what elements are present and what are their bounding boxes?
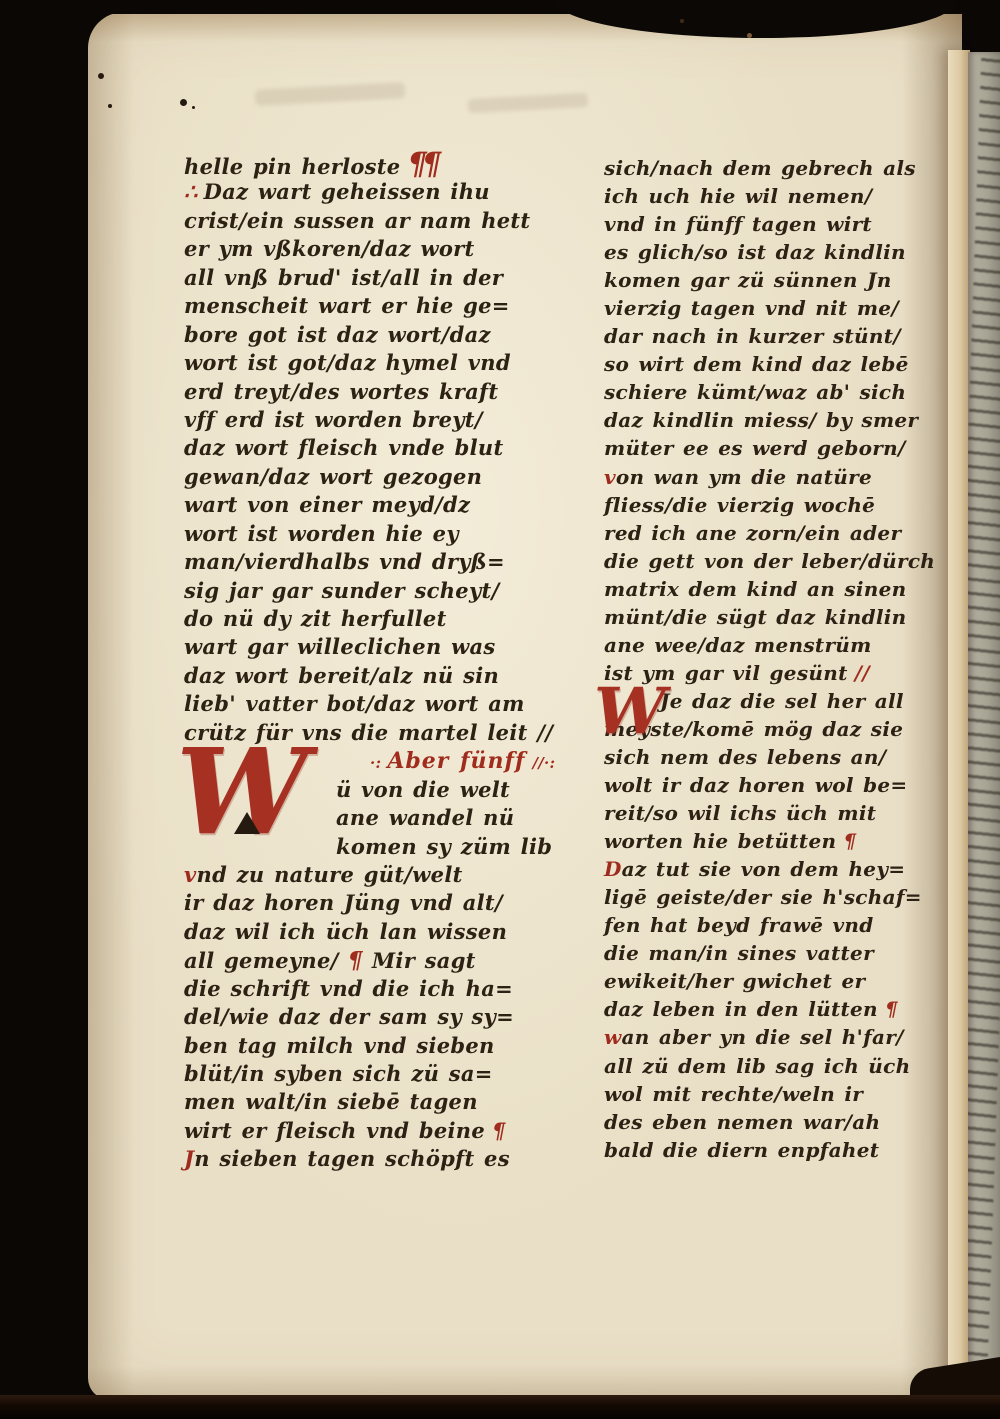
facing-page-text-blur <box>968 52 1000 1397</box>
manuscript-line: sig jar gar sunder scheyt/ <box>184 577 584 605</box>
line-text: ich uch hie wil nemen/ <box>604 184 872 208</box>
manuscript-line: ich uch hie wil nemen/ <box>604 182 956 210</box>
line-text: ewikeit/her gwichet er <box>604 969 865 993</box>
pilcrow-mark: //·: <box>532 754 555 772</box>
decorated-initial-w-right: W <box>594 682 666 742</box>
line-text: die schrift vnd die ich ha= <box>184 976 513 1001</box>
line-text: ligē geiste/der sie h'schaf= <box>604 885 922 909</box>
line-text: Daz wart geheissen ihu <box>204 179 490 204</box>
line-text: erd treyt/des wortes kraft <box>184 379 498 404</box>
line-text: all vnß brud' ist/all in der <box>184 265 503 290</box>
line-text: Je daz die sel her all <box>660 689 904 713</box>
line-text: ane wee/daz menstrüm <box>604 633 872 657</box>
line-text: komen gar zü sünnen Jn <box>604 268 892 292</box>
line-text: daz leben in den lütten <box>604 997 878 1021</box>
manuscript-line: matrix dem kind an sinen <box>604 575 956 603</box>
manuscript-line: die schrift vnd die ich ha= <box>184 975 584 1003</box>
manuscript-line: vierzig tagen vnd nit me/ <box>604 294 956 322</box>
line-text: wort ist got/daz hymel vnd <box>184 350 511 375</box>
manuscript-line: sich/nach dem gebrech als <box>604 154 956 182</box>
manuscript-line: all vnß brud' ist/all in der <box>184 264 584 292</box>
right-text-column: W sich/nach dem gebrech als ich uch hie … <box>604 154 956 1164</box>
line-text: wol mit rechte/weln ir <box>604 1082 863 1106</box>
line-text: Daz tut sie von dem hey= <box>604 857 905 881</box>
line-text: bald die diern enpfahet <box>604 1138 879 1162</box>
line-text: vierzig tagen vnd nit me/ <box>604 296 899 320</box>
line-text: Jn sieben tagen schöpft es <box>184 1146 510 1171</box>
line-text: des eben nemen war/ah <box>604 1110 880 1134</box>
line-text: daz kindlin miess/ by smer <box>604 408 918 432</box>
rubric-mark: ·: <box>370 754 381 772</box>
line-text: del/wie daz der sam sy sy= <box>184 1004 514 1029</box>
ink-spot <box>680 19 684 23</box>
line-text: er ym vßkoren/daz wort <box>184 236 475 261</box>
line-text: daz wil ich üch lan wissen <box>184 919 507 944</box>
book-fore-edge <box>0 12 98 1419</box>
manuscript-line: do nü dy zit herfullet <box>184 605 584 633</box>
manuscript-line: wart von einer meyd/dz <box>184 491 584 519</box>
manuscript-line: daz wil ich üch lan wissen <box>184 918 584 946</box>
manuscript-line: reit/so wil ichs üch mit <box>604 799 956 827</box>
manuscript-line: komen gar zü sünnen Jn <box>604 266 956 294</box>
manuscript-line: ∴Daz wart geheissen ihu <box>184 178 584 206</box>
manuscript-line: ewikeit/her gwichet er <box>604 967 956 995</box>
manuscript-line: worten hie betütten¶ <box>604 827 956 855</box>
manuscript-line: man/vierdhalbs vnd dryß= <box>184 548 584 576</box>
line-text: lieb' vatter bot/daz wort am <box>184 691 525 716</box>
manuscript-line: wol mit rechte/weln ir <box>604 1080 956 1108</box>
line-text: all gemeyne/ <box>184 948 339 973</box>
manuscript-line: Jn sieben tagen schöpft es <box>184 1145 584 1173</box>
line-text: vnd zu nature güt/welt <box>184 862 463 887</box>
manuscript-line: daz wort fleisch vnde blut <box>184 434 584 462</box>
line-text: matrix dem kind an sinen <box>604 577 907 601</box>
pilcrow-mark: ¶¶ <box>407 146 436 182</box>
pilcrow-mark: ¶ <box>843 829 856 853</box>
line-text: vnd in fünff tagen wirt <box>604 212 872 236</box>
line-text: fen hat beyd frawē vnd <box>604 913 874 937</box>
manuscript-line: wort ist got/daz hymel vnd <box>184 349 584 377</box>
line-text: wart von einer meyd/dz <box>184 492 470 517</box>
manuscript-line: all zü dem lib sag ich üch <box>604 1052 956 1080</box>
manuscript-line: wort ist worden hie ey <box>184 520 584 548</box>
line-text: red ich ane zorn/ein ader <box>604 521 901 545</box>
line-text: die man/in sines vatter <box>604 941 874 965</box>
initial-letter: W <box>176 722 309 861</box>
line-text: bore got ist daz wort/daz <box>184 322 491 347</box>
manuscript-line: so wirt dem kind daz lebē <box>604 350 956 378</box>
line-text: menscheit wart er hie ge= <box>184 293 510 318</box>
rubric-mark: ∴ <box>184 179 198 204</box>
line-text: es glich/so ist daz kindlin <box>604 240 906 264</box>
photo-bottom-shadow <box>0 1395 1000 1419</box>
ink-spot <box>747 33 752 38</box>
line-text: dar nach in kurzer stünt/ <box>604 324 901 348</box>
line-text: ben tag milch vnd sieben <box>184 1033 495 1058</box>
line-text: worten hie betütten <box>604 829 836 853</box>
line-text: wort ist worden hie ey <box>184 521 459 546</box>
line-text: von wan ym die natüre <box>604 465 872 489</box>
manuscript-line: vnd zu nature güt/welt <box>184 861 584 889</box>
manuscript-line: Daz tut sie von dem hey= <box>604 855 956 883</box>
manuscript-line: dar nach in kurzer stünt/ <box>604 322 956 350</box>
left-text-column: W helle pin herloste¶¶ ∴Daz wart geheiss… <box>184 150 584 1174</box>
manuscript-line: helle pin herloste¶¶ <box>184 150 584 178</box>
manuscript-line: von wan ym die natüre <box>604 463 956 491</box>
manuscript-line: wirt er fleisch vnd beine¶ <box>184 1117 584 1145</box>
initial-ornament <box>234 812 260 834</box>
line-text: schiere kümt/waz ab' sich <box>604 380 906 404</box>
line-text: ir daz horen Jüng vnd alt/ <box>184 890 503 915</box>
line-text: daz wort bereit/alz nü sin <box>184 663 499 688</box>
pilcrow-mark: ¶ <box>348 946 363 974</box>
manuscript-line: daz kindlin miess/ by smer <box>604 406 956 434</box>
line-text: müter ee es werd geborn/ <box>604 436 906 460</box>
manuscript-line: del/wie daz der sam sy sy= <box>184 1003 584 1031</box>
manuscript-line: fen hat beyd frawē vnd <box>604 911 956 939</box>
line-text: Mir sagt <box>372 948 476 973</box>
manuscript-line: ligē geiste/der sie h'schaf= <box>604 883 956 911</box>
line-text: ü von die welt <box>336 777 510 802</box>
manuscript-line: daz wort bereit/alz nü sin <box>184 662 584 690</box>
manuscript-line: bore got ist daz wort/daz <box>184 321 584 349</box>
manuscript-line: wan aber yn die sel h'far/ <box>604 1023 956 1051</box>
manuscript-line: des eben nemen war/ah <box>604 1108 956 1136</box>
line-text: do nü dy zit herfullet <box>184 606 447 631</box>
line-text: sich/nach dem gebrech als <box>604 156 916 180</box>
manuscript-line: die man/in sines vatter <box>604 939 956 967</box>
line-text: gewan/daz wort gezogen <box>184 464 482 489</box>
pilcrow-mark: // <box>855 661 870 685</box>
line-text: so wirt dem kind daz lebē <box>604 352 909 376</box>
manuscript-line: fliess/die vierzig wochē <box>604 491 956 519</box>
decorated-initial-w-left: W <box>176 738 309 846</box>
manuscript-line: vff erd ist worden breyt/ <box>184 406 584 434</box>
manuscript-line: müter ee es werd geborn/ <box>604 434 956 462</box>
line-text: daz wort fleisch vnde blut <box>184 435 503 460</box>
line-text: fliess/die vierzig wochē <box>604 493 875 517</box>
ink-spot <box>180 99 187 106</box>
line-text: wirt er fleisch vnd beine <box>184 1118 485 1143</box>
manuscript-line: erd treyt/des wortes kraft <box>184 378 584 406</box>
manuscript-line: schiere kümt/waz ab' sich <box>604 378 956 406</box>
manuscript-line: er ym vßkoren/daz wort <box>184 235 584 263</box>
line-text: reit/so wil ichs üch mit <box>604 801 876 825</box>
ink-spot <box>98 73 104 79</box>
line-text: man/vierdhalbs vnd dryß= <box>184 549 505 574</box>
manuscript-photo: W helle pin herloste¶¶ ∴Daz wart geheiss… <box>0 0 1000 1419</box>
manuscript-line: all gemeyne/¶Mir sagt <box>184 946 584 974</box>
pilcrow-mark: ¶ <box>492 1118 506 1143</box>
manuscript-line: daz leben in den lütten¶ <box>604 995 956 1023</box>
line-text: wan aber yn die sel h'far/ <box>604 1025 904 1049</box>
line-text: helle pin herloste <box>184 154 400 179</box>
line-text: men walt/in siebē tagen <box>184 1089 478 1114</box>
manuscript-line: gewan/daz wort gezogen <box>184 463 584 491</box>
manuscript-line: wolt ir daz horen wol be= <box>604 771 956 799</box>
manuscript-line: vnd in fünff tagen wirt <box>604 210 956 238</box>
line-text: crist/ein sussen ar nam hett <box>184 208 530 233</box>
ink-spot <box>108 104 112 108</box>
manuscript-line: ane wee/daz menstrüm <box>604 631 956 659</box>
manuscript-line: blüt/in syben sich zü sa= <box>184 1060 584 1088</box>
manuscript-line: crist/ein sussen ar nam hett <box>184 207 584 235</box>
manuscript-line: es glich/so ist daz kindlin <box>604 238 956 266</box>
manuscript-line: ben tag milch vnd sieben <box>184 1032 584 1060</box>
line-text: münt/die sügt daz kindlin <box>604 605 907 629</box>
line-text: ane wandel nü <box>336 805 514 830</box>
manuscript-line: die gett von der leber/dürch <box>604 547 956 575</box>
rubric-heading: Aber fünff <box>387 748 525 774</box>
line-text: blüt/in syben sich zü sa= <box>184 1061 493 1086</box>
line-text: sig jar gar sunder scheyt/ <box>184 578 499 603</box>
line-text: die gett von der leber/dürch <box>604 549 935 573</box>
manuscript-line: bald die diern enpfahet <box>604 1136 956 1164</box>
ink-spot <box>192 106 195 109</box>
line-text: wart gar willeclichen was <box>184 634 496 659</box>
pilcrow-mark: ¶ <box>885 997 898 1021</box>
line-text: all zü dem lib sag ich üch <box>604 1054 910 1078</box>
manuscript-line: men walt/in siebē tagen <box>184 1088 584 1116</box>
manuscript-line: lieb' vatter bot/daz wort am <box>184 690 584 718</box>
line-text: vff erd ist worden breyt/ <box>184 407 483 432</box>
line-text: komen sy züm lib <box>336 834 552 859</box>
initial-letter: W <box>594 674 666 749</box>
line-text: wolt ir daz horen wol be= <box>604 773 907 797</box>
manuscript-line: wart gar willeclichen was <box>184 633 584 661</box>
manuscript-line: ir daz horen Jüng vnd alt/ <box>184 889 584 917</box>
manuscript-line: red ich ane zorn/ein ader <box>604 519 956 547</box>
manuscript-line: münt/die sügt daz kindlin <box>604 603 956 631</box>
manuscript-line: menscheit wart er hie ge= <box>184 292 584 320</box>
facing-page-sliver <box>968 52 1000 1397</box>
